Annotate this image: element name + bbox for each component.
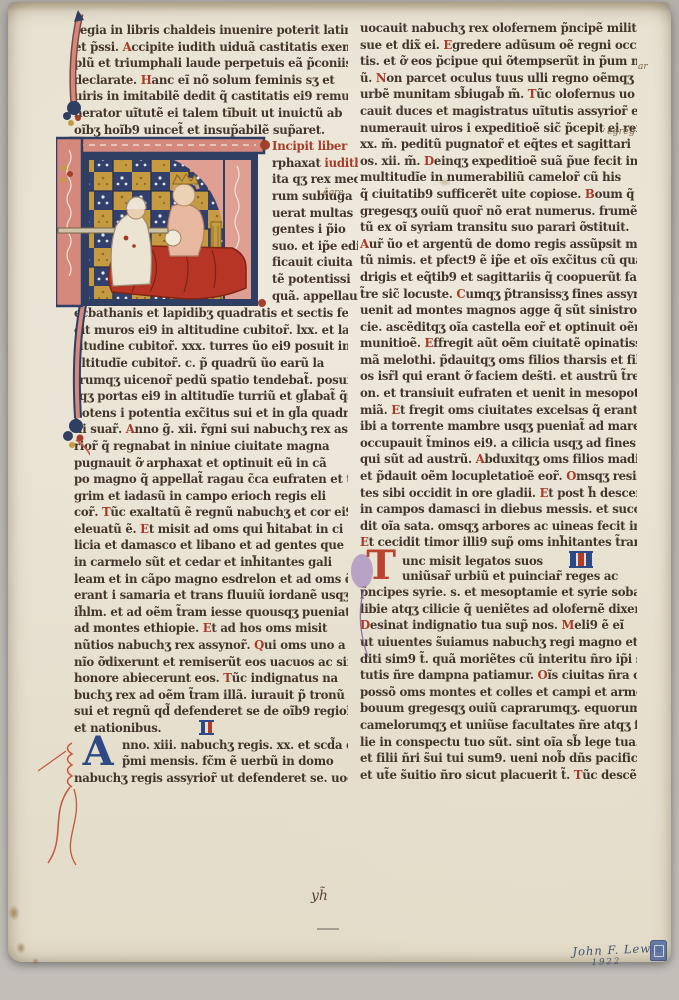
text-line: tẽ potentissi xyxy=(272,271,358,288)
text-line: Desinat indignatio tua sup̃ nos. Meli9 ẽ… xyxy=(360,617,637,634)
text-line: nabuchʒ regis assyrior̃ ut defenderet se… xyxy=(74,770,348,787)
text-line: mã melothi. p̃dauitqʒ oms filios tharsis… xyxy=(360,352,637,369)
stain xyxy=(438,177,452,187)
text-line: ad montes ethiopie. Et ad hos oms misit xyxy=(74,620,348,637)
text-line: uiris in imitabilẽ dedit q̃ castitatis e… xyxy=(74,88,348,105)
text-line: ut uiuentes s̃uiamus nabuchʒ regi magno … xyxy=(360,634,637,651)
text-line: nĩo ỡdixerunt et remiserũt eos uacuos ac… xyxy=(74,654,348,671)
text-line: eleuatũ ẽ. Et misit ad oms qui h̃itabat … xyxy=(74,521,348,538)
quire-mark: yh̃ xyxy=(311,888,328,904)
text-line: grim et iadasũ in campo erioch regis eli xyxy=(74,488,348,505)
text-line: ih̃lm. et ad oẽm t̃ram iesse quousqʒ pue… xyxy=(74,604,348,621)
text-line: plũ et triumphali laude perpetuis eã p̃c… xyxy=(74,55,348,72)
chapter1-lines: ecbathanis et lapidibʒ quadratis et sect… xyxy=(74,305,348,720)
collector-signature: John F. Lewis 1922 xyxy=(513,941,664,972)
text-line: in carmelo sũt et cedar et inh̃itantes g… xyxy=(74,554,348,571)
text-line: rum subiuga xyxy=(272,188,358,205)
text-line: q̃ ciuitatib9 sufficerẽt uite copiose. B… xyxy=(360,186,637,203)
illuminated-initial-miniature xyxy=(56,134,272,310)
text-line: p̃ncipes syrie. s. et mesoptamie et syri… xyxy=(360,584,637,601)
text-line: bouum gregesqʒ ouiũ caprarumqʒ. equorumq… xyxy=(360,700,637,717)
text-line: declarate. Hanc eĩ nõ solum feminis sʒ e… xyxy=(74,72,348,89)
text-line: honore abiecerunt eos. Tũc indignatus na xyxy=(74,670,348,687)
text-line: regia in libris chaldeis inuenire poteri… xyxy=(74,22,348,39)
text-line: qui sũt ad austrũ. Abduxitqʒ oms filios … xyxy=(360,451,637,468)
stain xyxy=(8,905,20,921)
text-line: uniũsar̃ urbiũ et puinciar̃ reges ac xyxy=(402,568,637,585)
text-line: et filii ñri s̃ui tui sum9. ueni nob̃ dñ… xyxy=(360,750,637,767)
text-line: nerator uĩtutẽ ei talem tĩbuit ut inuict… xyxy=(74,105,348,122)
text-line: in campos damasci in diebus messis. et s… xyxy=(360,501,637,518)
folio-mark: ar xyxy=(638,62,648,72)
chapter2-block: A nno. xiii. nabuchʒ regis. xx. et scd̃a… xyxy=(74,737,348,787)
text-line: uenit ad montes magnos agge q̃ sũt sinis… xyxy=(360,302,637,319)
text-line: erant i samaria et trans fluuiũ iordanẽ … xyxy=(74,587,348,604)
text-line: t̃re sic̃ locuste. Cumqʒ p̃transissʒ fin… xyxy=(360,286,637,303)
text-line: tũ nimis. et pfect9 ẽ ip̃e et oĩs exc̃it… xyxy=(360,252,637,269)
text-line: gentes i p̃io xyxy=(272,221,358,238)
text-line: p̃mi mensis. fc̃m ẽ uerbũ in domo xyxy=(122,753,348,770)
chapter3-first-text: unc misit legatos suos xyxy=(402,554,543,568)
text-line: lie in conspectu tuo sũt. sint oĩa sb̃ l… xyxy=(360,734,637,751)
text-line: leam et in cãpo magno esdrelon et ad oms… xyxy=(74,571,348,588)
text-line: rior̃ q̃ regnabat in niniue ciuitate mag… xyxy=(74,438,348,455)
text-line: et ut̃e s̃uitio ñro sicut placuerit t̃. … xyxy=(360,767,637,784)
text-line: et p̃dauit oẽm locupletatioẽ eor̃. Omsqʒ… xyxy=(360,468,637,485)
stain xyxy=(32,958,39,965)
text-line: sue et dix̃ ei. Egredere adũsum oẽ regni… xyxy=(360,37,637,54)
quire-mark-dash xyxy=(317,928,339,930)
text-line: cie. ascẽditqʒ oĩa castella eor̃ et opti… xyxy=(360,319,637,336)
text-line: uocauit nabuchʒ rex olofernem p̃ncipẽ mi… xyxy=(360,20,637,37)
text-line: drigis et eq̃tib9 et sagittariis q̃ coop… xyxy=(360,269,637,286)
collection-stamp xyxy=(650,940,667,961)
text-line: tutis ñre dampna patiamur. Oĩs ciuitas ñ… xyxy=(360,667,637,684)
text-line: et p̃ssi. Accipite iudith uiduã castitat… xyxy=(74,39,348,56)
text-line: nũtios nabuchʒ rex assynor̃. Qui oms uno… xyxy=(74,637,348,654)
text-line: trumqʒ uicenor̃ pedũ spatio tendebat̃. p… xyxy=(74,372,348,389)
opening-lines: rphaxat iudithita qʒ rex medorum subiuga… xyxy=(272,155,358,304)
text-line: possõ oms montes et colles et campi et a… xyxy=(360,684,637,701)
text-beside-miniature: Incipit liber rphaxat iudithita qʒ rex m… xyxy=(272,138,358,304)
text-line: occupauit t̃minos ei9. a cilicia usqʒ ad… xyxy=(360,435,637,452)
text-line: quã. appellaui xyxy=(272,288,358,305)
text-line: os. xii. m̃. Deinqʒ expeditioẽ suã p̃ue … xyxy=(360,153,637,170)
text-line: buchʒ rex ad oẽm t̃ram illã. iurauit p̃ … xyxy=(74,687,348,704)
text-line: po magno q̃ appellat̃ ragau c̃ca eufrate… xyxy=(74,471,348,488)
text-line: titudine cubitor̃. xxx. turres ũo ei9 po… xyxy=(74,338,348,355)
chapter3-block: T unc misit legatos suos uniũsar̃ urbiũ … xyxy=(360,551,637,783)
text-line: xx. m̃. peditũ pugnator̃ et eq̃tes et sa… xyxy=(360,136,637,153)
text-line: Et cecidit timor illi9 sup̃ oms inh̃itan… xyxy=(360,534,637,551)
text-line: ibi a torrente mambre usqʒ pueniat̃ ad m… xyxy=(360,418,637,435)
text-line: suo. et ip̃e edi xyxy=(272,238,358,255)
text-line: diti sim9 t̃. quã moriẽtes cũ interitu ñ… xyxy=(360,651,637,668)
text-line: urbẽ munitam sb̃iugab̃ m̃. Tũc olofernus… xyxy=(360,86,637,103)
left-text-column: regia in libris chaldeis inuenire poteri… xyxy=(74,22,348,786)
lance xyxy=(58,228,168,233)
manuscript-leaf: regia in libris chaldeis inuenire poteri… xyxy=(8,2,671,962)
text-line: ni suar̃. Anno g̃. xii. r̃gni sui nabuch… xyxy=(74,421,348,438)
text-line: ficauit ciuita xyxy=(272,254,358,271)
text-line: numerauit uiros i expeditioẽ sic̃ p̃cepi… xyxy=(360,120,637,137)
text-line: uerat multas xyxy=(272,205,358,222)
text-line: tis. et ỡ eos p̃cipue qui ỡtempserũt in … xyxy=(360,53,637,70)
text-line: multitudĩe in numerabiliũ camelor̃ cũ hi… xyxy=(360,169,637,186)
text-line: ũ. Non parcet oculus tuus ulli regno oẽm… xyxy=(360,70,637,87)
chapter3-lines: uniũsar̃ urbiũ et puinciar̃ reges acp̃nc… xyxy=(360,568,637,784)
photograph-backdrop: { "left_column": { "top_lines": [ "regia… xyxy=(0,0,679,1000)
text-line: ita qʒ rex medo xyxy=(272,171,358,188)
text-line: cauit duces et magistratus uĩtutis assyr… xyxy=(360,103,637,120)
text-line: dit oĩa sata. omsqʒ arbores ac uineas fe… xyxy=(360,518,637,535)
text-line: camelorumqʒ et uniũse facultates ñre atq… xyxy=(360,717,637,734)
text-line: sui et regnũ qd̃ defenderet se de oĩb9 r… xyxy=(74,703,348,720)
text-line: potens i potentia exc̃itus sui et in gl̃… xyxy=(74,405,348,422)
chapter-numeral-iii xyxy=(569,551,594,568)
text-line: os isr̃l qui erant ỡ faciem des̃ti. et a… xyxy=(360,368,637,385)
incipit-rubric: Incipit liber xyxy=(272,138,358,155)
chapter3-first-line: unc misit legatos suos xyxy=(402,551,637,568)
text-line: tes sibi occidit in ore gladii. Et post … xyxy=(360,485,637,502)
chapter2-initial: A xyxy=(74,737,122,770)
gutter-gloss: ẽgre xyxy=(323,188,344,198)
text-line: cor̃. Tũc exaltatũ ẽ regnũ nabuchʒ et co… xyxy=(74,504,348,521)
text-line: libie atqʒ cilicie q̃ ueniẽtes ad olofer… xyxy=(360,601,637,618)
text-line: gregesqʒ ouiũ quor̃ nõ erat numerus. fru… xyxy=(360,203,637,220)
text-line: tqʒ portas ei9 in altitudĩe turriũ et gl… xyxy=(74,388,348,405)
text-line: cit muros ei9 in altitudine cubitor̃. lx… xyxy=(74,322,348,339)
chapter1-end-line: et nationibus. xyxy=(74,720,348,737)
chapter3-initial: T xyxy=(360,551,402,584)
text-line: Aur̃ ũo et argentũ de domo regis assũpsi… xyxy=(360,236,637,253)
crown-icon xyxy=(173,174,198,184)
text-line: nno. xiii. nabuchʒ regis. xx. et scd̃a d… xyxy=(122,737,348,754)
prologue-lines: regia in libris chaldeis inuenire poteri… xyxy=(74,22,348,138)
text-line: on. et transiuit eufraten et uenit in me… xyxy=(360,385,637,402)
chapter2-continued-lines: uocauit nabuchʒ rex olofernem p̃ncipẽ mi… xyxy=(360,20,637,551)
text-line: miã. Et fregit oms ciuitates excelsas q̃… xyxy=(360,402,637,419)
text-line: rphaxat iudith xyxy=(272,155,358,172)
margin-correction-gloss: ∵ egreg̃ xyxy=(598,126,635,137)
right-text-column: uocauit nabuchʒ rex olofernem p̃ncipẽ mi… xyxy=(360,20,637,783)
text-line: altitudĩe cubitor̃. c. p̃ quadrũ ũo earũ… xyxy=(74,355,348,372)
chapter-numeral-ii xyxy=(199,720,214,735)
text-line: licia et damasco et libano et ad gentes … xyxy=(74,537,348,554)
illuminated-initial-row: Incipit liber rphaxat iudithita qʒ rex m… xyxy=(74,138,348,305)
text-line: pugnauit ỡ arphaxat et optinuit eũ in cã xyxy=(74,455,348,472)
text-line: munitioẽ. Effregit aũt oẽm ciuitatẽ opin… xyxy=(360,335,637,352)
text-line: tũ ex oĩ syriam transitu suo parari ỡsti… xyxy=(360,219,637,236)
stain xyxy=(16,942,26,954)
